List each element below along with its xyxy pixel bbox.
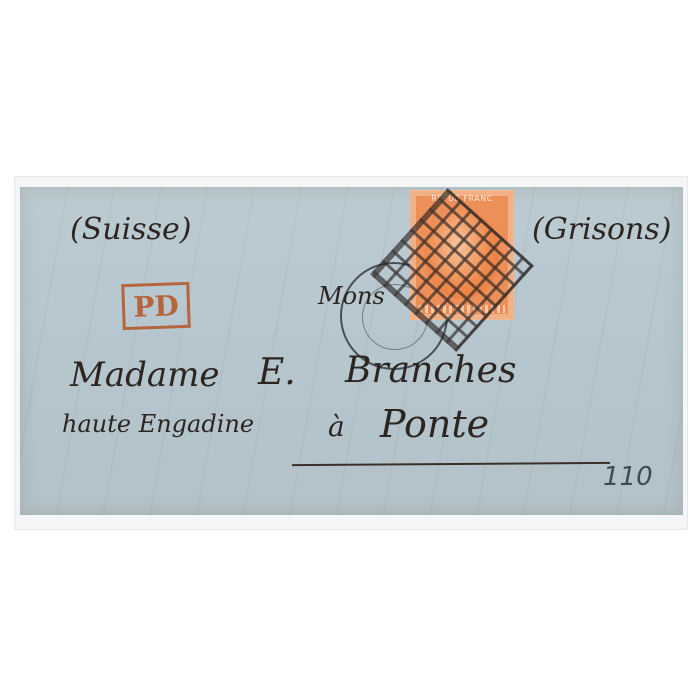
addressee-initial: E.	[258, 352, 296, 393]
salutation-handwriting: Mons	[318, 282, 385, 310]
region-handwriting: haute Engadine	[62, 410, 254, 438]
country-handwriting: (Suisse)	[70, 212, 191, 247]
place-handwriting: Ponte	[380, 402, 489, 446]
addressee-name: Branches	[345, 350, 516, 391]
preposition-handwriting: à	[328, 410, 345, 443]
pencil-number: 110	[603, 462, 653, 492]
pd-postal-mark: PD	[121, 282, 191, 330]
canton-handwriting: (Grisons)	[532, 212, 671, 247]
addressee-title: Madame	[70, 355, 219, 395]
